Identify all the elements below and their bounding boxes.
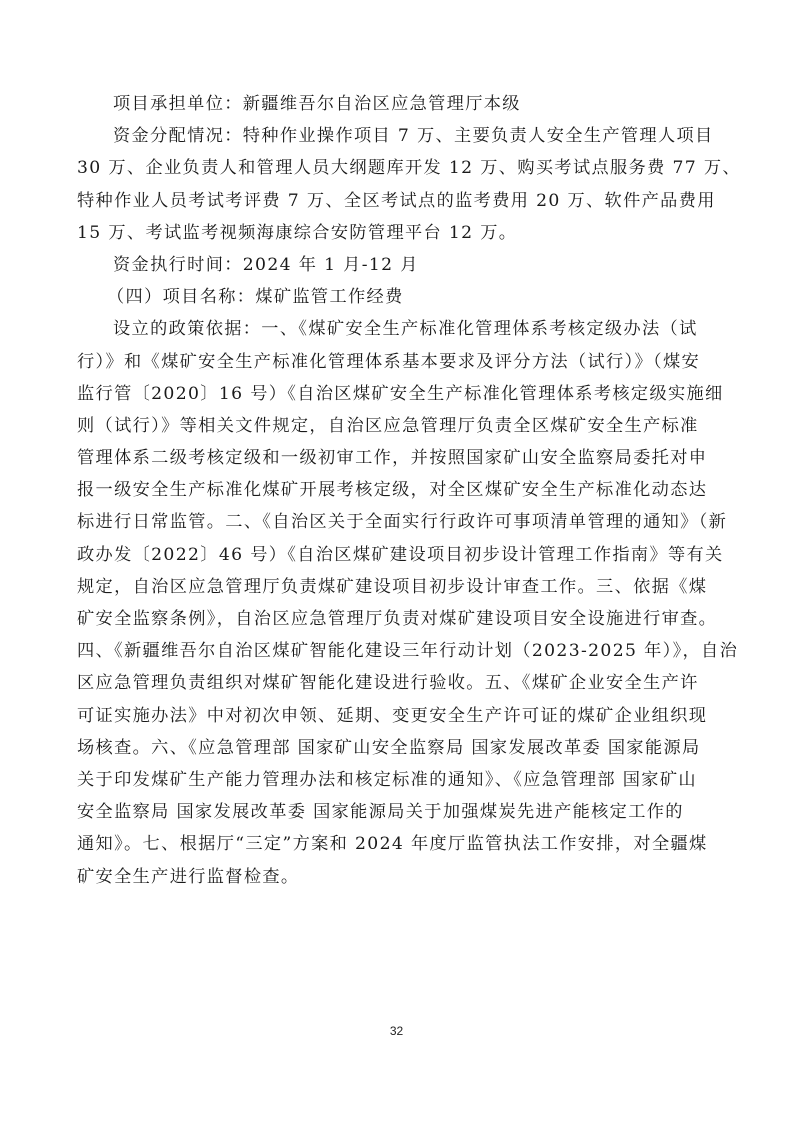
policy-basis-line-10: 矿安全监察条例》，自治区应急管理厅负责对煤矿建设项目安全设施进行审查。 xyxy=(77,603,717,635)
policy-basis-line-11: 四、《新疆维吾尔自治区煤矿智能化建设三年行动计划（2023-2025 年）》，自… xyxy=(77,635,717,667)
fund-allocation-line-4: 15 万、考试监考视频海康综合安防管理平台 12 万。 xyxy=(77,217,717,249)
policy-basis-line-7: 标进行日常监管。二、《自治区关于全面实行行政许可事项清单管理的通知》（新 xyxy=(77,506,717,538)
policy-basis-line-16: 安全监察局 国家发展改革委 国家能源局关于加强煤炭先进产能核定工作的 xyxy=(77,796,717,828)
policy-basis-line-14: 场核查。六、《应急管理部 国家矿山安全监察局 国家发展改革委 国家能源局 xyxy=(77,732,717,764)
policy-basis-line-2: 行）》和《煤矿安全生产标准化管理体系基本要求及评分方法（试行）》（煤安 xyxy=(77,346,717,378)
policy-basis-line-9: 规定，自治区应急管理厅负责煤矿建设项目初步设计审查工作。三、依据《煤 xyxy=(77,571,717,603)
document-body: 项目承担单位：新疆维吾尔自治区应急管理厅本级 资金分配情况：特种作业操作项目 7… xyxy=(77,88,717,893)
project-unit-line: 项目承担单位：新疆维吾尔自治区应急管理厅本级 xyxy=(77,88,717,120)
section-heading-project-name: （四）项目名称：煤矿监管工作经费 xyxy=(77,281,717,313)
policy-basis-line-6: 报一级安全生产标准化煤矿开展考核定级，对全区煤矿安全生产标准化动态达 xyxy=(77,474,717,506)
policy-basis-line-18: 矿安全生产进行监督检查。 xyxy=(77,861,717,893)
fund-execution-time: 资金执行时间：2024 年 1 月-12 月 xyxy=(77,249,717,281)
page-number: 32 xyxy=(0,1024,793,1038)
policy-basis-line-15: 关于印发煤矿生产能力管理办法和核定标准的通知》、《应急管理部 国家矿山 xyxy=(77,764,717,796)
policy-basis-line-13: 可证实施办法》中对初次申领、延期、变更安全生产许可证的煤矿企业组织现 xyxy=(77,700,717,732)
policy-basis-line-3: 监行管〔2020〕16 号）《自治区煤矿安全生产标准化管理体系考核定级实施细 xyxy=(77,378,717,410)
fund-allocation-line-3: 特种作业人员考试考评费 7 万、全区考试点的监考费用 20 万、软件产品费用 xyxy=(77,185,717,217)
document-page: 项目承担单位：新疆维吾尔自治区应急管理厅本级 资金分配情况：特种作业操作项目 7… xyxy=(0,0,793,1122)
policy-basis-line-12: 区应急管理负责组织对煤矿智能化建设进行验收。五、《煤矿企业安全生产许 xyxy=(77,667,717,699)
fund-allocation-line-2: 30 万、企业负责人和管理人员大纲题库开发 12 万、购买考试点服务费 77 万… xyxy=(77,152,717,184)
policy-basis-line-5: 管理体系二级考核定级和一级初审工作，并按照国家矿山安全监察局委托对申 xyxy=(77,442,717,474)
policy-basis-line-17: 通知》。七、根据厅“三定”方案和 2024 年度厅监管执法工作安排，对全疆煤 xyxy=(77,828,717,860)
policy-basis-line-1: 设立的政策依据：一、《煤矿安全生产标准化管理体系考核定级办法（试 xyxy=(77,313,717,345)
policy-basis-line-8: 政办发〔2022〕46 号）《自治区煤矿建设项目初步设计管理工作指南》等有关 xyxy=(77,539,717,571)
policy-basis-line-4: 则（试行）》等相关文件规定，自治区应急管理厅负责全区煤矿安全生产标准 xyxy=(77,410,717,442)
fund-allocation-line-1: 资金分配情况：特种作业操作项目 7 万、主要负责人安全生产管理人项目 xyxy=(77,120,717,152)
